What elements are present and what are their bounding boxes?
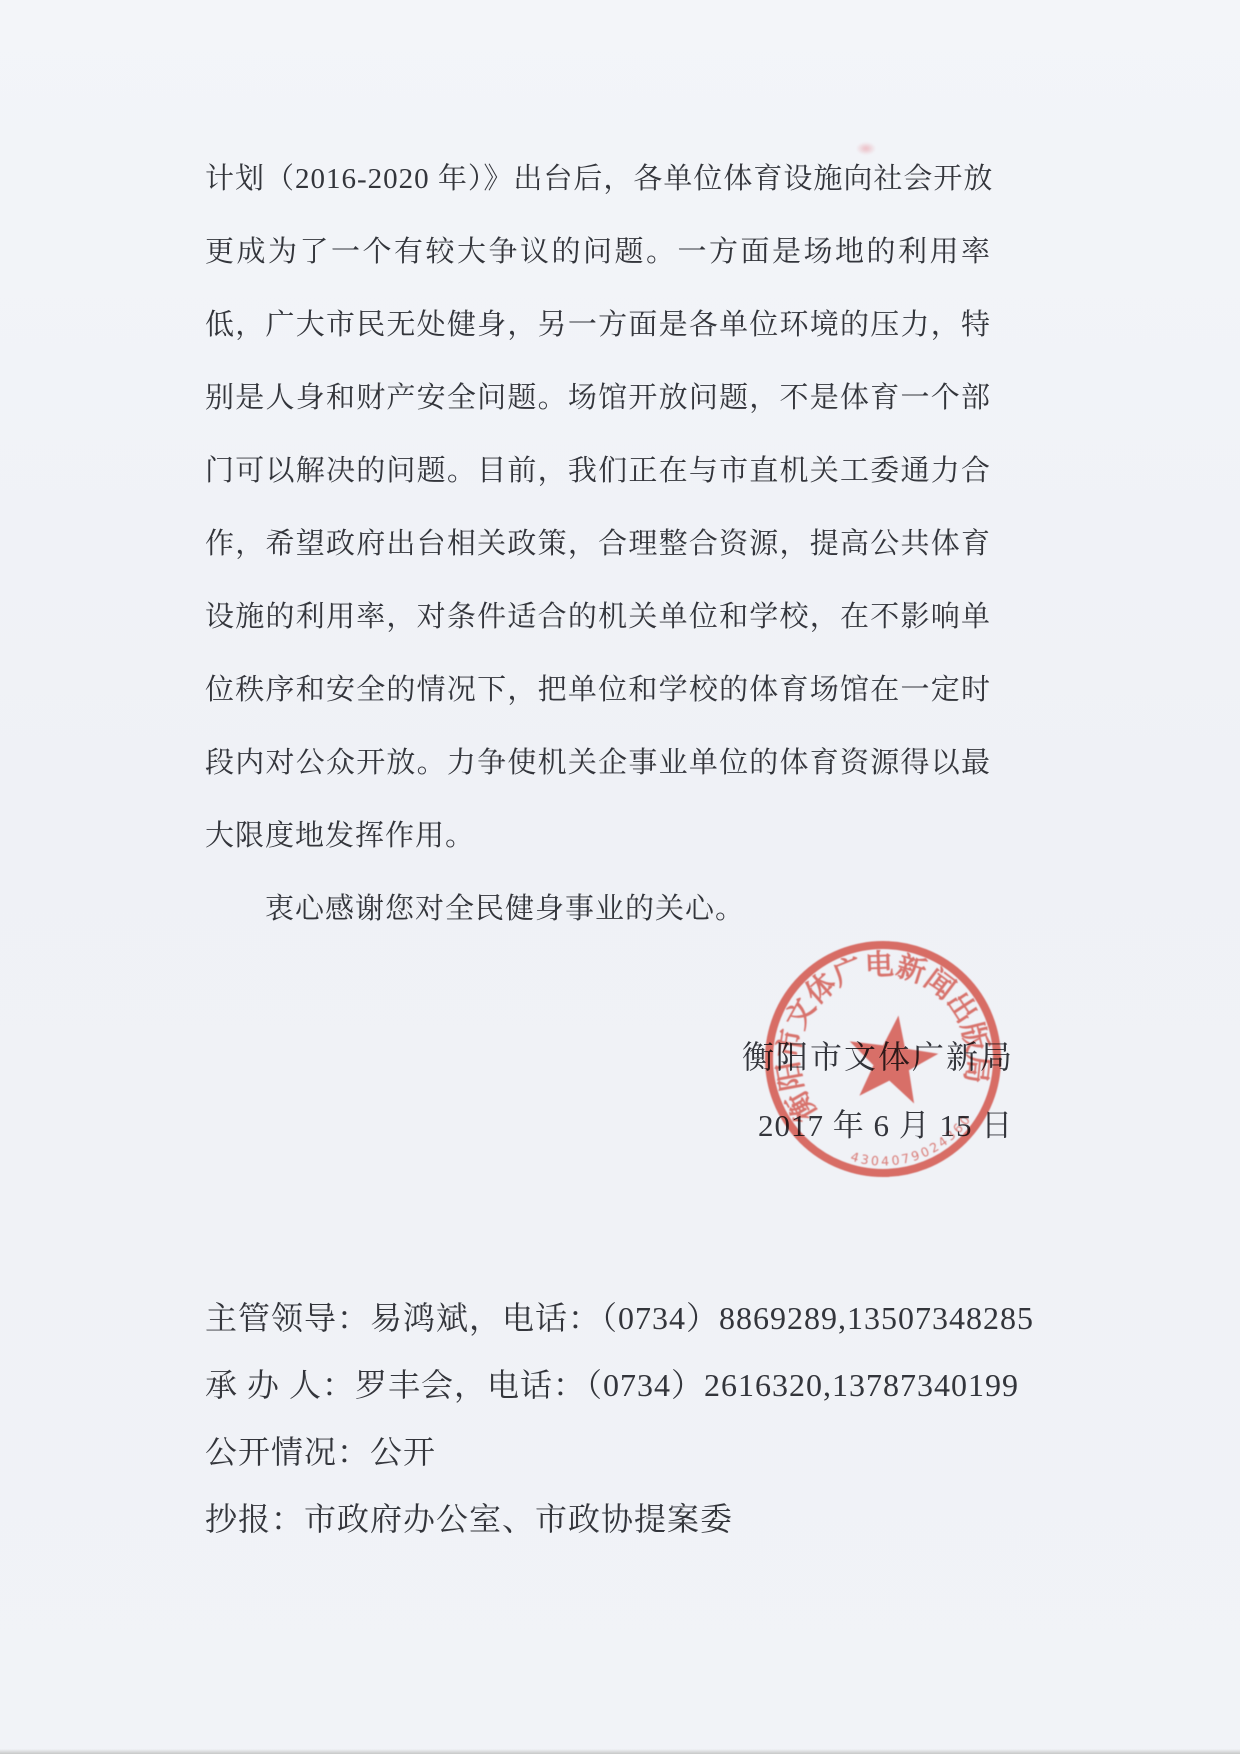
note-line-copy: 抄报：市政府办公室、市政协提案委	[205, 1486, 1034, 1553]
svg-text:7: 7	[900, 1150, 911, 1166]
svg-text:体: 体	[799, 967, 843, 1011]
svg-text:新: 新	[892, 949, 930, 989]
svg-text:0: 0	[891, 1152, 901, 1168]
svg-text:广: 广	[829, 951, 868, 992]
thanks-line: 衷心感谢您对全民健身事业的关心。	[205, 873, 991, 946]
scanned-letter-page: 计划（2016-2020 年）》出台后，各单位体育设施向社会开放 更成为了一个有…	[0, 0, 1240, 1754]
svg-text:0: 0	[870, 1153, 879, 1169]
body-line: 设施的利用率，对条件适合的机关单位和学校，在不影响单	[205, 581, 991, 654]
body-line: 大限度地发挥作用。	[205, 800, 991, 873]
body-line: 位秩序和安全的情况下，把单位和学校的体育场馆在一定时	[205, 654, 991, 727]
note-line-handler: 承 办 人：罗丰会，电话：（0734）2616320,13787340199	[205, 1352, 1034, 1419]
body-line: 门可以解决的问题。目前，我们正在与市直机关工委通力合	[205, 435, 991, 508]
body-line: 作，希望政府出台相关政策，合理整合资源，提高公共体育	[205, 508, 991, 581]
note-line-disclosure: 公开情况：公开	[205, 1419, 1034, 1486]
signature-organization: 衡阳市文体广新局	[742, 1032, 1014, 1078]
signature-date: 2017 年 6 月 15 日	[758, 1100, 1013, 1145]
letter-body: 计划（2016-2020 年）》出台后，各单位体育设施向社会开放 更成为了一个有…	[205, 143, 991, 946]
body-line: 段内对公众开放。力争使机关企事业单位的体育资源得以最	[205, 727, 991, 800]
svg-text:4: 4	[849, 1149, 861, 1166]
svg-text:9: 9	[909, 1147, 921, 1164]
body-line: 更成为了一个有较大争议的问题。一方面是场地的利用率	[205, 216, 991, 289]
svg-text:4: 4	[881, 1153, 889, 1168]
svg-text:电: 电	[864, 948, 894, 982]
svg-text:出: 出	[940, 986, 984, 1028]
svg-text:3: 3	[860, 1151, 871, 1167]
body-line: 低，广大市民无处健身，另一方面是各单位环境的压力，特	[205, 289, 991, 362]
svg-text:文: 文	[779, 993, 822, 1034]
letter-notes: 主管领导：易鸿斌，电话：（0734）8869289,13507348285 承 …	[205, 1285, 1034, 1553]
svg-text:0: 0	[918, 1143, 931, 1160]
svg-text:闻: 闻	[918, 962, 961, 1006]
scan-bottom-edge	[0, 1749, 1240, 1754]
scan-artifact	[856, 142, 876, 155]
note-line-supervisor: 主管领导：易鸿斌，电话：（0734）8869289,13507348285	[205, 1285, 1034, 1352]
body-line: 别是人身和财产安全问题。场馆开放问题，不是体育一个部	[205, 362, 991, 435]
